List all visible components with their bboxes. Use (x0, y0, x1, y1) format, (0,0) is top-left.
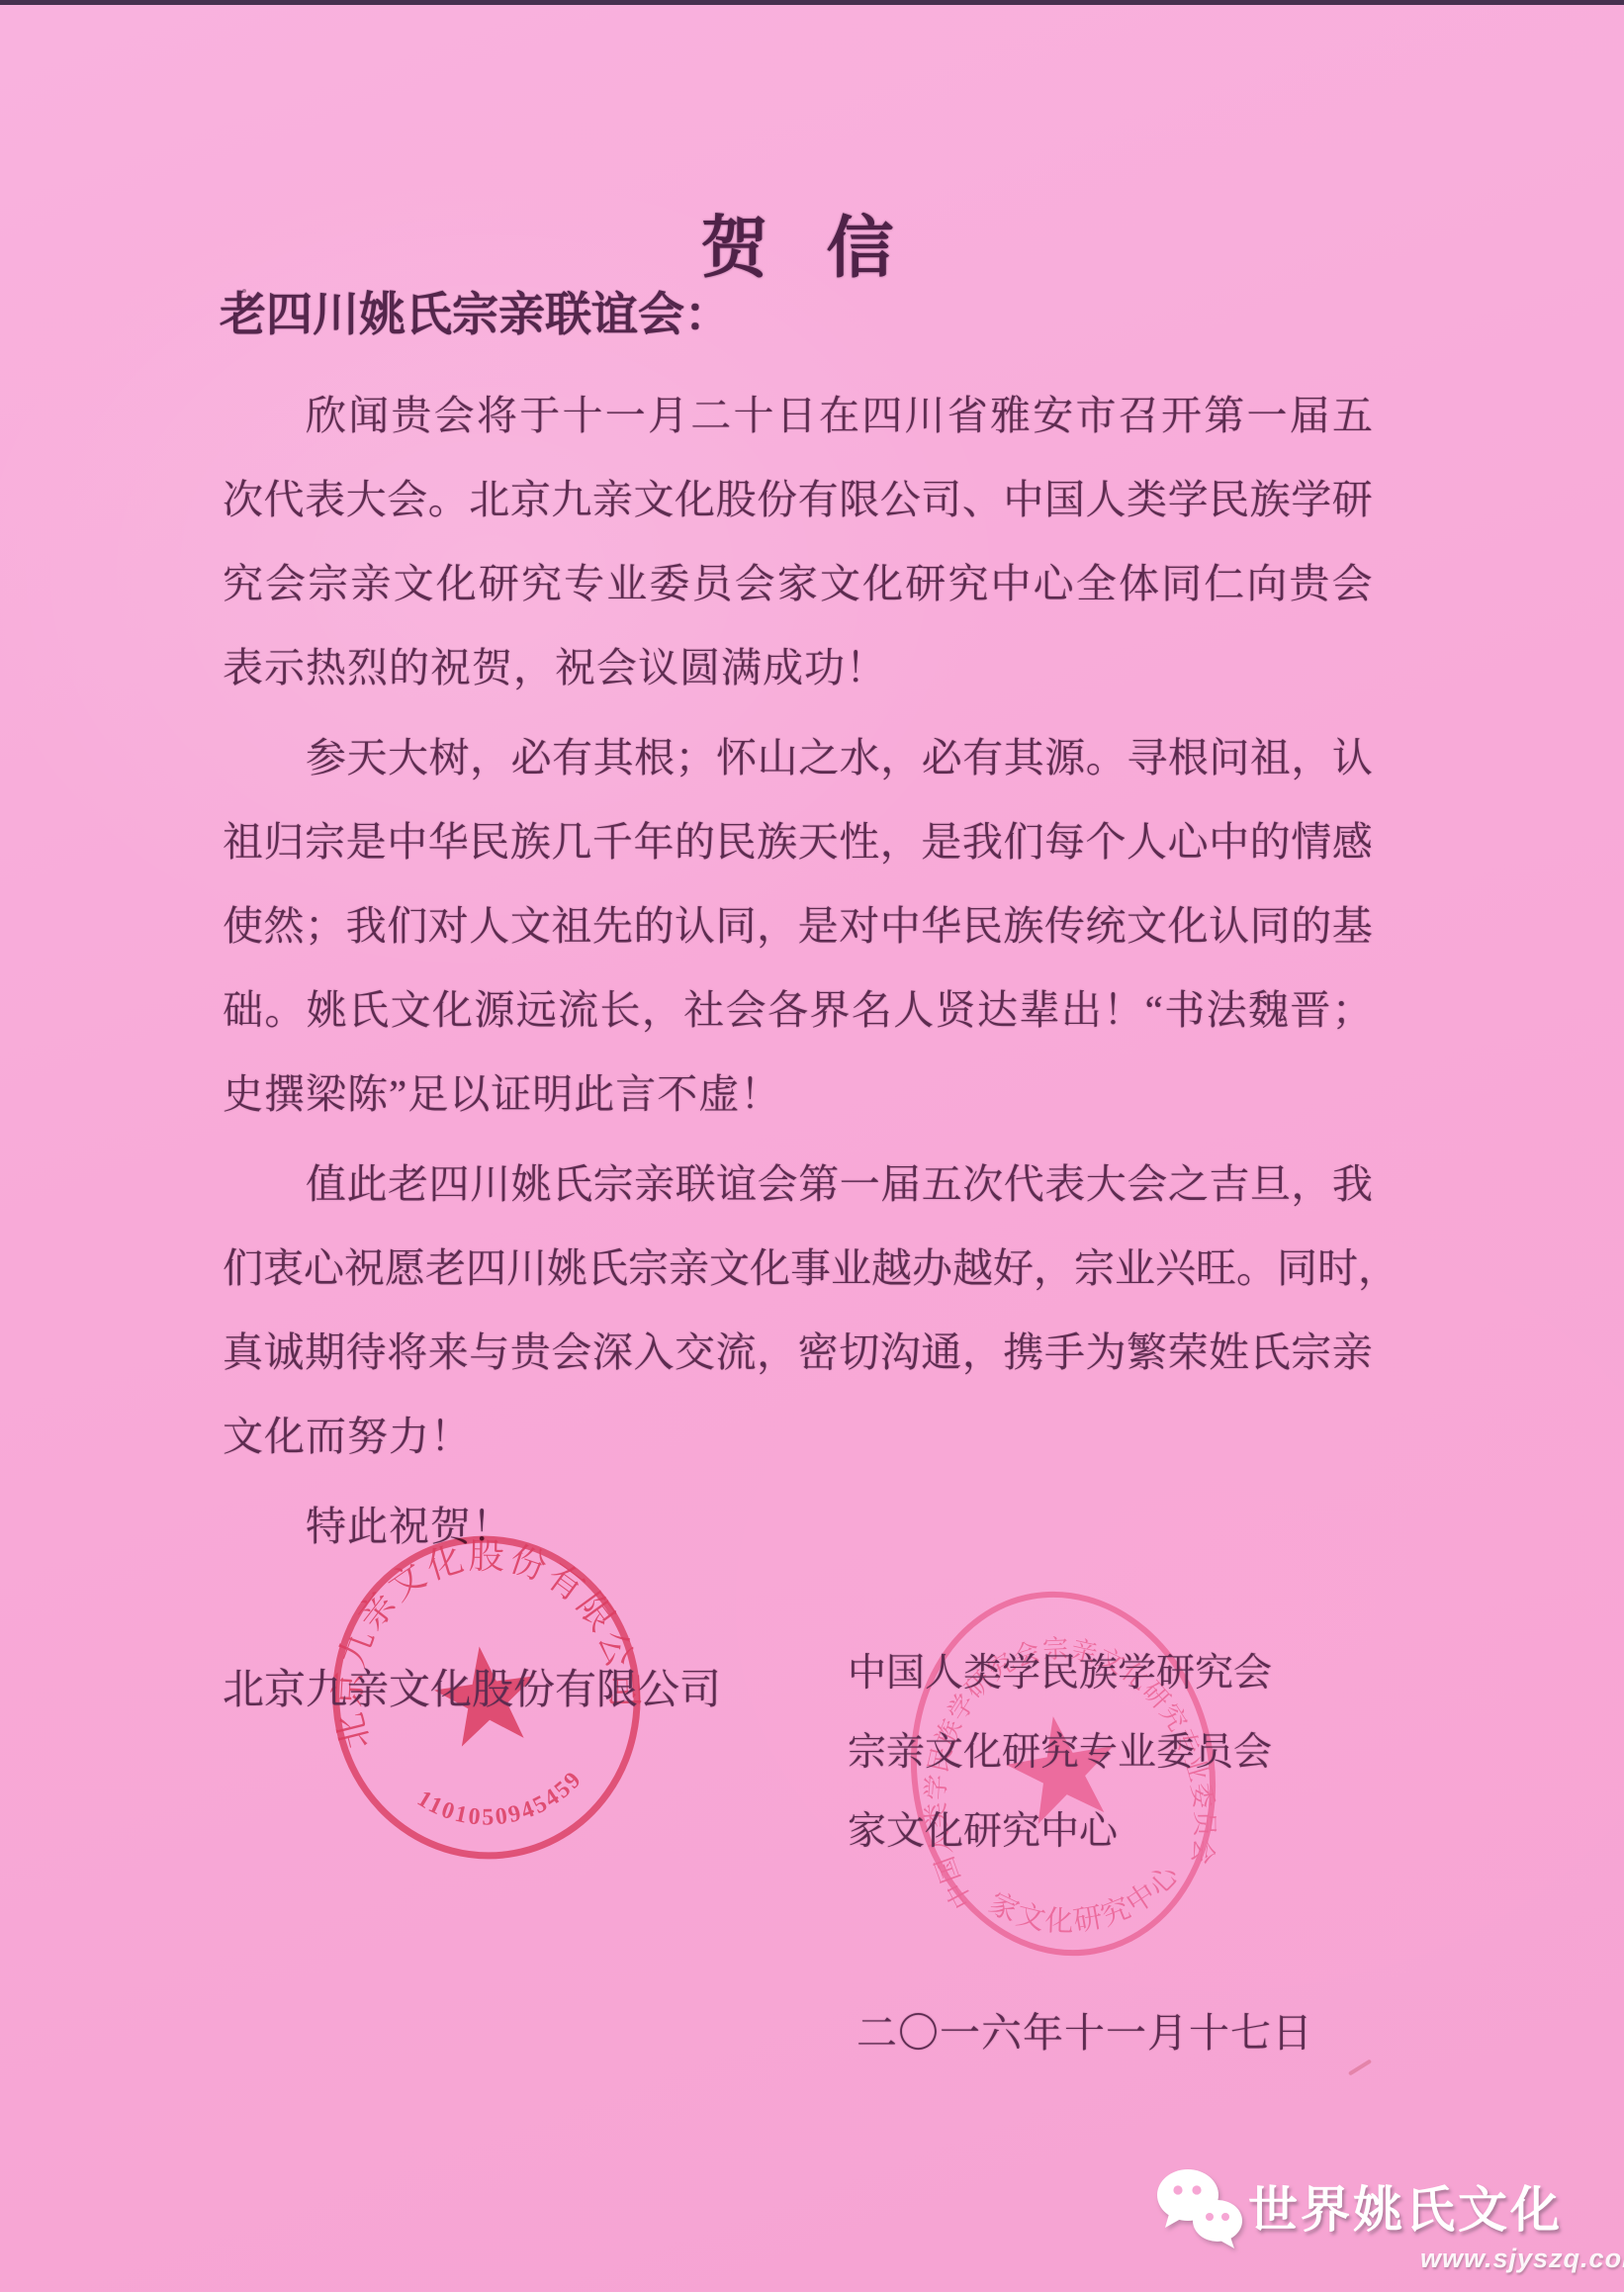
paragraph-2: 参天大树，必有其根；怀山之水，必有其源。寻根问祖，认 祖归宗是中华民族几千年的民… (223, 716, 1373, 1137)
watermark: 世界姚氏文化 (1155, 2166, 1244, 2253)
body-line: 值此老四川姚氏宗亲联谊会第一届五次代表大会之吉旦，我 (223, 1143, 1373, 1227)
paragraph-1: 欣闻贵会将于十一月二十日在四川省雅安市召开第一届五 次代表大会。北京九亲文化股份… (223, 374, 1373, 710)
body-line: 祖归宗是中华民族几千年的民族天性，是我们每个人心中的情感 (223, 800, 1373, 884)
signature-right: 中国人类学民族学研究会 宗亲文化研究专业委员会 家文化研究中心 (848, 1634, 1272, 1872)
signature-right-line: 中国人类学民族学研究会 (848, 1634, 1272, 1713)
signature-left: 北京九亲文化股份有限公司 (223, 1666, 721, 1715)
body-line: 真诚期待将来与贵会深入交流，密切沟通，携手为繁荣姓氏宗亲 (223, 1311, 1373, 1395)
body-line: 史撰梁陈”足以证明此言不虚！ (223, 1053, 1373, 1137)
body-line: 究会宗亲文化研究专业委员会家文化研究中心全体同仁向贵会 (223, 542, 1373, 626)
body-line: 欣闻贵会将于十一月二十日在四川省雅安市召开第一届五 (223, 374, 1373, 458)
letter-title: 贺 信 (700, 212, 893, 286)
watermark-brand: 世界姚氏文化 (1248, 2170, 1563, 2242)
salutation: 老四川姚氏宗亲联谊会： (220, 289, 731, 342)
body-line: 次代表大会。北京九亲文化股份有限公司、中国人类学民族学研 (223, 458, 1373, 542)
signature-right-line: 家文化研究中心 (848, 1792, 1272, 1872)
letter-date: 二〇一六年十一月十七日 (857, 2000, 1313, 2059)
wechat-icon (1155, 2166, 1244, 2253)
body-line: 文化而努力！ (223, 1395, 1373, 1479)
scan-speck (242, 289, 246, 293)
signature-right-line: 宗亲文化研究专业委员会 (848, 1713, 1272, 1792)
body-line: 础。姚氏文化源远流长，社会各界名人贤达辈出！“书法魏晋； (223, 968, 1373, 1053)
scan-edge-line (0, 0, 1624, 5)
letter-page: 贺 信 老四川姚氏宗亲联谊会： 欣闻贵会将于十一月二十日在四川省雅安市召开第一届… (0, 0, 1624, 2292)
paragraph-3: 值此老四川姚氏宗亲联谊会第一届五次代表大会之吉旦，我 们衷心祝愿老四川姚氏宗亲文… (223, 1143, 1373, 1479)
watermark-url: www.sjyszq.com (1420, 2244, 1624, 2274)
body-line: 表示热烈的祝贺，祝会议圆满成功！ (223, 626, 1373, 710)
letter-body: 欣闻贵会将于十一月二十日在四川省雅安市召开第一届五 次代表大会。北京九亲文化股份… (223, 374, 1373, 1569)
body-line: 们衷心祝愿老四川姚氏宗亲文化事业越办越好，宗业兴旺。同时， (223, 1227, 1373, 1311)
body-line: 参天大树，必有其根；怀山之水，必有其源。寻根问祖，认 (223, 716, 1373, 800)
body-line: 使然；我们对人文祖先的认同，是对中华民族传统文化认同的基 (223, 884, 1373, 968)
pen-mark-artifact (1348, 2059, 1372, 2075)
